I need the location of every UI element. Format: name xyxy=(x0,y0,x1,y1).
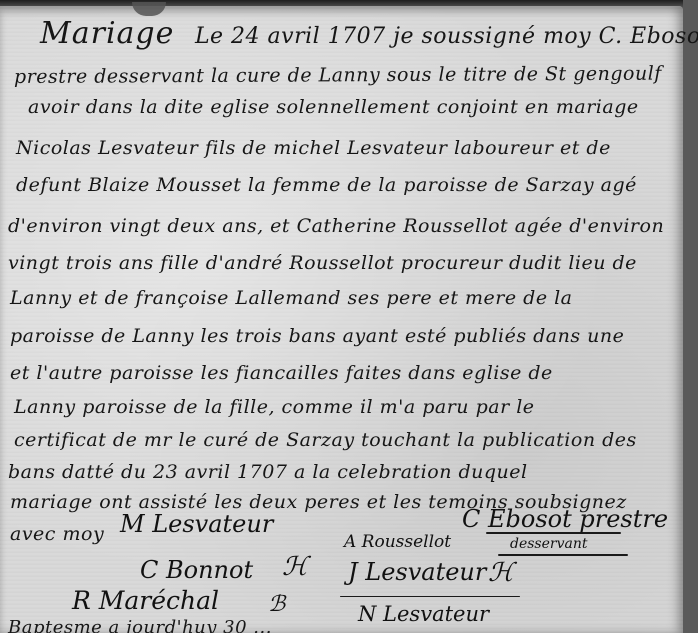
signature-m-lesvateur: M Lesvateur xyxy=(120,510,273,538)
signature-underline-2 xyxy=(498,554,628,556)
signature-a-roussellot: A Roussellot xyxy=(344,532,451,552)
signature-desservant: desservant xyxy=(510,536,588,552)
signature-n-lesvateur: N Lesvateur xyxy=(358,602,489,626)
paraph-mark-2: ℋ xyxy=(488,558,514,588)
text-line-12: certificat de mr le curé de Sarzay touch… xyxy=(14,429,637,451)
text-line-15: avec moy xyxy=(10,523,104,545)
text-line-10: et l'autre paroisse les fiancailles fait… xyxy=(10,362,553,384)
text-line-2: prestre desservant la cure de Lanny sous… xyxy=(14,63,662,88)
scanned-page: Mariage Le 24 avril 1707 je soussigné mo… xyxy=(0,0,698,633)
scan-margin xyxy=(683,0,698,633)
entry-heading-line: Mariage Le 24 avril 1707 je soussigné mo… xyxy=(40,16,698,51)
signature-j-lesvateur: J Lesvateur xyxy=(348,558,486,586)
text-line-4: Nicolas Lesvateur fils de michel Lesvate… xyxy=(16,137,611,159)
paraph-mark: ℋ xyxy=(282,552,308,582)
paraph-mark-3: ℬ xyxy=(268,592,285,617)
signature-r-marechal: R Maréchal xyxy=(72,586,219,615)
signature-underline-3 xyxy=(340,596,520,597)
text-line-11: Lanny paroisse de la fille, comme il m'a… xyxy=(14,396,535,418)
text-line-13: bans datté du 23 avril 1707 a la celebra… xyxy=(8,461,528,483)
text-line-5: defunt Blaize Mousset la femme de la par… xyxy=(16,174,637,196)
signature-c-bonnot: C Bonnot xyxy=(140,556,253,584)
signature-ebosot-prestre: C Ebosot prestre xyxy=(462,505,668,533)
signature-underline xyxy=(486,532,621,534)
next-entry-start: Baptesme a jourd'huy 30 ... xyxy=(8,617,272,633)
text-line-1: Le 24 avril 1707 je soussigné moy C. Ebo… xyxy=(195,24,698,49)
entry-heading: Mariage xyxy=(40,16,174,51)
text-line-7: vingt trois ans fille d'andré Roussellot… xyxy=(8,252,637,274)
text-line-3: avoir dans la dite eglise solennellement… xyxy=(28,96,639,118)
text-line-8: Lanny et de françoise Lallemand ses pere… xyxy=(10,287,573,309)
text-line-6: d'environ vingt deux ans, et Catherine R… xyxy=(8,215,664,237)
text-line-9: paroisse de Lanny les trois bans ayant e… xyxy=(10,325,624,347)
